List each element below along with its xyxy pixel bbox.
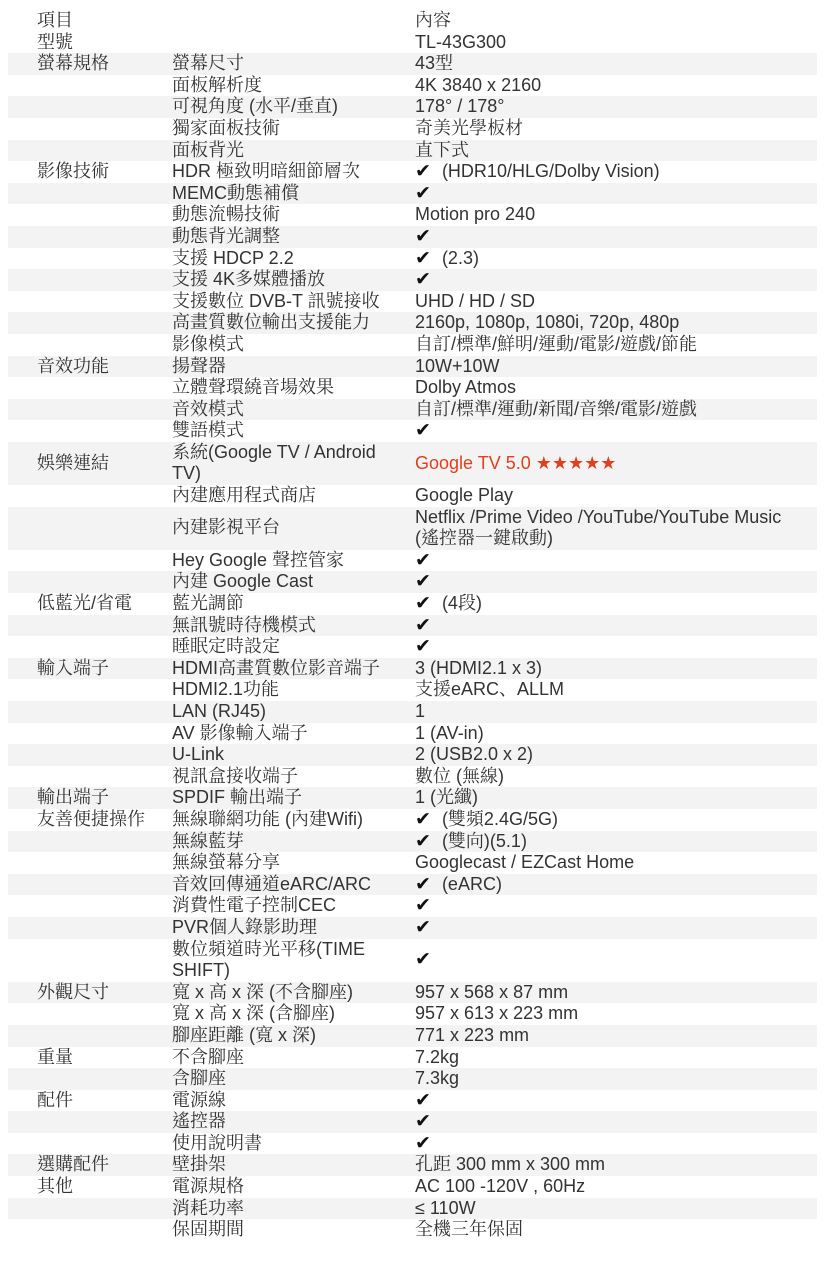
category-cell <box>8 507 172 550</box>
feature-cell: 寬 x 高 x 深 (不含腳座) <box>172 982 415 1004</box>
value-text: (eARC) <box>442 874 502 894</box>
category-cell: 低藍光/省電 <box>8 593 172 615</box>
table-row: 消費性電子控制CEC ✔ <box>8 895 817 917</box>
category-cell <box>8 831 172 853</box>
feature-cell: 系統(Google TV / Android TV) <box>172 442 415 485</box>
table-row: 無線螢幕分享 Googlecast / EZCast Home <box>8 852 817 874</box>
value-cell: ✔ <box>415 571 817 593</box>
value-cell: 43型 <box>415 53 817 75</box>
feature-cell: 消耗功率 <box>172 1198 415 1220</box>
feature-cell: 壁掛架 <box>172 1154 415 1176</box>
value-cell: 957 x 613 x 223 mm <box>415 1003 817 1025</box>
value-cell: 10W+10W <box>415 356 817 378</box>
value-cell: 957 x 568 x 87 mm <box>415 982 817 1004</box>
category-cell <box>8 701 172 723</box>
feature-cell: U-Link <box>172 744 415 766</box>
check-icon: ✔ <box>415 1133 431 1154</box>
category-cell <box>8 269 172 291</box>
category-cell: 輸出端子 <box>8 787 172 809</box>
value-cell: 7.3kg <box>415 1068 817 1090</box>
table-row: 睡眠定時設定 ✔ <box>8 636 817 658</box>
value-cell: UHD / HD / SD <box>415 291 817 313</box>
category-cell <box>8 550 172 572</box>
header-item-label: 項目 <box>8 10 172 32</box>
table-row: 重量 不含腳座 7.2kg <box>8 1047 817 1069</box>
feature-cell: 內建應用程式商店 <box>172 485 415 507</box>
category-cell <box>8 248 172 270</box>
table-row: 友善便捷操作 無線聯網功能 (內建Wifi) ✔ (雙頻2.4G/5G) <box>8 809 817 831</box>
value-text: UHD / HD / SD <box>415 291 535 311</box>
category-cell: 其他 <box>8 1176 172 1198</box>
table-row: 內建應用程式商店 Google Play <box>8 485 817 507</box>
value-cell: 7.2kg <box>415 1047 817 1069</box>
table-row: 遙控器 ✔ <box>8 1111 817 1133</box>
category-cell: 外觀尺寸 <box>8 982 172 1004</box>
table-row: 無線藍芽 ✔ (雙向)(5.1) <box>8 831 817 853</box>
check-icon: ✔ <box>415 917 431 938</box>
value-text: 奇美光學板材 <box>415 118 523 138</box>
table-row: 保固期間 全機三年保固 <box>8 1219 817 1241</box>
feature-cell <box>172 32 415 54</box>
value-cell: Google Play <box>415 485 817 507</box>
value-cell: 直下式 <box>415 140 817 162</box>
table-row: Hey Google 聲控管家 ✔ <box>8 550 817 572</box>
check-icon: ✔ <box>415 248 431 269</box>
value-text: (雙向)(5.1) <box>442 831 527 851</box>
value-cell: ✔ (HDR10/HLG/Dolby Vision) <box>415 161 817 183</box>
table-row: 消耗功率 ≤ 110W <box>8 1198 817 1220</box>
category-cell <box>8 636 172 658</box>
feature-cell: 支援 4K多媒體播放 <box>172 269 415 291</box>
feature-cell: HDMI高畫質數位影音端子 <box>172 658 415 680</box>
feature-cell: AV 影像輸入端子 <box>172 723 415 745</box>
table-row: 腳座距離 (寬 x 深) 771 x 223 mm <box>8 1025 817 1047</box>
value-cell: 奇美光學板材 <box>415 118 817 140</box>
feature-cell: 音效模式 <box>172 399 415 421</box>
table-row: U-Link 2 (USB2.0 x 2) <box>8 744 817 766</box>
feature-cell: 獨家面板技術 <box>172 118 415 140</box>
value-text: Google Play <box>415 485 513 505</box>
value-text: TL-43G300 <box>415 32 506 52</box>
table-row: 支援 4K多媒體播放 ✔ <box>8 269 817 291</box>
table-row: 可視角度 (水平/垂直) 178° / 178° <box>8 96 817 118</box>
table-row: 面板解析度 4K 3840 x 2160 <box>8 75 817 97</box>
category-cell: 配件 <box>8 1090 172 1112</box>
table-row: 動態背光調整 ✔ <box>8 226 817 248</box>
value-text: 1 <box>415 701 425 721</box>
table-row: HDMI2.1功能 支援eARC、ALLM <box>8 679 817 701</box>
table-row: 支援 HDCP 2.2 ✔ (2.3) <box>8 248 817 270</box>
check-icon: ✔ <box>415 571 431 592</box>
value-cell: 2 (USB2.0 x 2) <box>415 744 817 766</box>
feature-cell: HDR 極致明暗細節層次 <box>172 161 415 183</box>
feature-cell: 影像模式 <box>172 334 415 356</box>
value-cell: 孔距 300 mm x 300 mm <box>415 1154 817 1176</box>
category-cell <box>8 939 172 982</box>
category-cell: 選購配件 <box>8 1154 172 1176</box>
category-cell <box>8 1133 172 1155</box>
table-row: 低藍光/省電 藍光調節 ✔ (4段) <box>8 593 817 615</box>
feature-cell: HDMI2.1功能 <box>172 679 415 701</box>
value-text: 7.2kg <box>415 1047 459 1067</box>
value-cell: ✔ <box>415 917 817 939</box>
category-cell <box>8 571 172 593</box>
value-cell: ✔ <box>415 615 817 637</box>
category-cell <box>8 118 172 140</box>
table-row: 內建影視平台 Netflix /Prime Video /YouTube/You… <box>8 507 817 550</box>
value-cell: 1 (AV-in) <box>415 723 817 745</box>
table-row: 寬 x 高 x 深 (含腳座) 957 x 613 x 223 mm <box>8 1003 817 1025</box>
table-row: 輸出端子 SPDIF 輸出端子 1 (光纖) <box>8 787 817 809</box>
category-cell <box>8 399 172 421</box>
feature-cell: 視訊盒接收端子 <box>172 766 415 788</box>
table-row: LAN (RJ45) 1 <box>8 701 817 723</box>
header-sub-spacer <box>172 10 415 32</box>
category-cell: 重量 <box>8 1047 172 1069</box>
value-cell: 支援eARC、ALLM <box>415 679 817 701</box>
header-row: 項目 內容 <box>8 10 817 32</box>
category-cell <box>8 183 172 205</box>
feature-cell: 動態背光調整 <box>172 226 415 248</box>
value-text: 2 (USB2.0 x 2) <box>415 744 533 764</box>
value-cell: ✔ <box>415 636 817 658</box>
value-cell: 771 x 223 mm <box>415 1025 817 1047</box>
header-content-label: 內容 <box>415 10 817 32</box>
category-cell <box>8 1111 172 1133</box>
feature-cell: 雙語模式 <box>172 420 415 442</box>
category-cell <box>8 917 172 939</box>
category-cell: 音效功能 <box>8 356 172 378</box>
feature-cell: 使用說明書 <box>172 1133 415 1155</box>
feature-cell: 電源規格 <box>172 1176 415 1198</box>
table-row: 獨家面板技術 奇美光學板材 <box>8 118 817 140</box>
value-text: 43型 <box>415 53 453 73</box>
value-text: 4K 3840 x 2160 <box>415 75 541 95</box>
table-row: 面板背光 直下式 <box>8 140 817 162</box>
feature-cell: 無線聯網功能 (內建Wifi) <box>172 809 415 831</box>
feature-cell: 無線藍芽 <box>172 831 415 853</box>
check-icon: ✔ <box>415 226 431 247</box>
check-icon: ✔ <box>415 615 431 636</box>
category-cell <box>8 1219 172 1241</box>
value-text: 1 (AV-in) <box>415 723 484 743</box>
table-row: 雙語模式 ✔ <box>8 420 817 442</box>
table-row: 音效功能 揚聲器 10W+10W <box>8 356 817 378</box>
check-icon: ✔ <box>415 183 431 204</box>
value-text: (HDR10/HLG/Dolby Vision) <box>442 161 660 181</box>
check-icon: ✔ <box>415 593 431 614</box>
value-text: Googlecast / EZCast Home <box>415 852 634 872</box>
category-cell <box>8 744 172 766</box>
value-cell: AC 100 -120V , 60Hz <box>415 1176 817 1198</box>
value-text: Google TV 5.0 ★★★★★ <box>415 453 616 473</box>
feature-cell: 內建影視平台 <box>172 507 415 550</box>
value-cell: ✔ <box>415 1090 817 1112</box>
value-cell: TL-43G300 <box>415 32 817 54</box>
category-cell <box>8 874 172 896</box>
check-icon: ✔ <box>415 636 431 657</box>
value-text: 自訂/標準/運動/新聞/音樂/電影/遊戲 <box>415 399 697 419</box>
value-text: Dolby Atmos <box>415 377 516 397</box>
category-cell <box>8 334 172 356</box>
spec-rows: 型號 TL-43G300 螢幕規格 螢幕尺寸 43型 面板解析度 4K 3840… <box>8 32 817 1241</box>
feature-cell: 含腳座 <box>172 1068 415 1090</box>
category-cell: 娛樂連結 <box>8 442 172 485</box>
check-icon: ✔ <box>415 1090 431 1111</box>
category-cell <box>8 140 172 162</box>
table-row: 選購配件 壁掛架 孔距 300 mm x 300 mm <box>8 1154 817 1176</box>
value-cell: 3 (HDMI2.1 x 3) <box>415 658 817 680</box>
category-cell <box>8 204 172 226</box>
value-cell: ✔ (eARC) <box>415 874 817 896</box>
table-row: 影像模式 自訂/標準/鮮明/運動/電影/遊戲/節能 <box>8 334 817 356</box>
value-text: 7.3kg <box>415 1068 459 1088</box>
value-text: 自訂/標準/鮮明/運動/電影/遊戲/節能 <box>415 334 697 354</box>
value-text: 2160p, 1080p, 1080i, 720p, 480p <box>415 312 679 332</box>
value-text: (雙頻2.4G/5G) <box>442 809 558 829</box>
category-cell <box>8 291 172 313</box>
value-cell: ✔ <box>415 269 817 291</box>
value-cell: ✔ (雙頻2.4G/5G) <box>415 809 817 831</box>
feature-cell: PVR個人錄影助理 <box>172 917 415 939</box>
feature-cell: SPDIF 輸出端子 <box>172 787 415 809</box>
feature-cell: 音效回傳通道eARC/ARC <box>172 874 415 896</box>
value-cell: ✔ <box>415 1111 817 1133</box>
value-text: 957 x 568 x 87 mm <box>415 982 568 1002</box>
category-cell <box>8 312 172 334</box>
check-icon: ✔ <box>415 809 431 830</box>
feature-cell: 無訊號時待機模式 <box>172 615 415 637</box>
value-text: (2.3) <box>442 248 479 268</box>
feature-cell: 可視角度 (水平/垂直) <box>172 96 415 118</box>
feature-cell: 保固期間 <box>172 1219 415 1241</box>
value-cell: ✔ (雙向)(5.1) <box>415 831 817 853</box>
spec-table: 項目 內容 型號 TL-43G300 螢幕規格 螢幕尺寸 43型 面板解析度 4… <box>8 10 817 1241</box>
check-icon: ✔ <box>415 895 431 916</box>
table-row: 輸入端子 HDMI高畫質數位影音端子 3 (HDMI2.1 x 3) <box>8 658 817 680</box>
feature-cell: 遙控器 <box>172 1111 415 1133</box>
value-cell: ✔ (2.3) <box>415 248 817 270</box>
feature-cell: 寬 x 高 x 深 (含腳座) <box>172 1003 415 1025</box>
category-cell <box>8 895 172 917</box>
value-cell: ✔ (4段) <box>415 593 817 615</box>
value-text: 1 (光纖) <box>415 787 478 807</box>
feature-cell: 電源線 <box>172 1090 415 1112</box>
value-text: 直下式 <box>415 140 469 160</box>
value-text: (4段) <box>442 593 482 613</box>
category-cell: 型號 <box>8 32 172 54</box>
category-cell <box>8 485 172 507</box>
category-cell <box>8 766 172 788</box>
value-cell: ✔ <box>415 226 817 248</box>
category-cell <box>8 723 172 745</box>
check-icon: ✔ <box>415 1111 431 1132</box>
feature-cell: 睡眠定時設定 <box>172 636 415 658</box>
table-row: 高畫質數位輸出支援能力 2160p, 1080p, 1080i, 720p, 4… <box>8 312 817 334</box>
value-cell: 全機三年保固 <box>415 1219 817 1241</box>
category-cell: 影像技術 <box>8 161 172 183</box>
value-text: 孔距 300 mm x 300 mm <box>415 1154 605 1174</box>
table-row: 支援數位 DVB-T 訊號接收 UHD / HD / SD <box>8 291 817 313</box>
category-cell: 輸入端子 <box>8 658 172 680</box>
feature-cell: 立體聲環繞音場效果 <box>172 377 415 399</box>
value-text: 支援eARC、ALLM <box>415 679 564 699</box>
feature-cell: MEMC動態補償 <box>172 183 415 205</box>
table-row: 使用說明書 ✔ <box>8 1133 817 1155</box>
table-row: 影像技術 HDR 極致明暗細節層次 ✔ (HDR10/HLG/Dolby Vis… <box>8 161 817 183</box>
table-row: PVR個人錄影助理 ✔ <box>8 917 817 939</box>
category-cell: 友善便捷操作 <box>8 809 172 831</box>
value-cell: 自訂/標準/鮮明/運動/電影/遊戲/節能 <box>415 334 817 356</box>
value-cell: Dolby Atmos <box>415 377 817 399</box>
value-cell: 自訂/標準/運動/新聞/音樂/電影/遊戲 <box>415 399 817 421</box>
value-cell: 1 (光纖) <box>415 787 817 809</box>
value-cell: 數位 (無線) <box>415 766 817 788</box>
value-cell: ✔ <box>415 1133 817 1155</box>
check-icon: ✔ <box>415 161 431 182</box>
feature-cell: 無線螢幕分享 <box>172 852 415 874</box>
category-cell <box>8 852 172 874</box>
feature-cell: 不含腳座 <box>172 1047 415 1069</box>
feature-cell: 內建 Google Cast <box>172 571 415 593</box>
value-cell: 2160p, 1080p, 1080i, 720p, 480p <box>415 312 817 334</box>
table-row: 音效回傳通道eARC/ARC ✔ (eARC) <box>8 874 817 896</box>
feature-cell: 支援數位 DVB-T 訊號接收 <box>172 291 415 313</box>
value-text: 3 (HDMI2.1 x 3) <box>415 658 542 678</box>
feature-cell: 腳座距離 (寬 x 深) <box>172 1025 415 1047</box>
feature-cell: 揚聲器 <box>172 356 415 378</box>
value-cell: ≤ 110W <box>415 1198 817 1220</box>
category-cell <box>8 1068 172 1090</box>
category-cell <box>8 1198 172 1220</box>
table-row: 音效模式 自訂/標準/運動/新聞/音樂/電影/遊戲 <box>8 399 817 421</box>
value-text: Motion pro 240 <box>415 204 535 224</box>
value-cell: ✔ <box>415 183 817 205</box>
value-cell: 1 <box>415 701 817 723</box>
table-row: 娛樂連結 系統(Google TV / Android TV) Google T… <box>8 442 817 485</box>
value-cell: ✔ <box>415 895 817 917</box>
value-cell: ✔ <box>415 939 817 982</box>
check-icon: ✔ <box>415 269 431 290</box>
table-row: 內建 Google Cast ✔ <box>8 571 817 593</box>
feature-cell: 數位頻道時光平移(TIME SHIFT) <box>172 939 415 982</box>
table-row: 立體聲環繞音場效果 Dolby Atmos <box>8 377 817 399</box>
value-cell: 178° / 178° <box>415 96 817 118</box>
table-row: 型號 TL-43G300 <box>8 32 817 54</box>
feature-cell: 面板背光 <box>172 140 415 162</box>
category-cell <box>8 1003 172 1025</box>
table-row: 無訊號時待機模式 ✔ <box>8 615 817 637</box>
table-row: 含腳座 7.3kg <box>8 1068 817 1090</box>
value-text: 全機三年保固 <box>415 1219 523 1239</box>
value-cell: Motion pro 240 <box>415 204 817 226</box>
category-cell <box>8 96 172 118</box>
value-cell: Netflix /Prime Video /YouTube/YouTube Mu… <box>415 507 817 550</box>
feature-cell: 螢幕尺寸 <box>172 53 415 75</box>
value-text: AC 100 -120V , 60Hz <box>415 1176 585 1196</box>
feature-cell: 支援 HDCP 2.2 <box>172 248 415 270</box>
category-cell <box>8 1025 172 1047</box>
check-icon: ✔ <box>415 874 431 895</box>
category-cell <box>8 75 172 97</box>
value-text: 數位 (無線) <box>415 766 504 786</box>
check-icon: ✔ <box>415 949 431 970</box>
value-text: ≤ 110W <box>415 1198 476 1218</box>
value-text: 957 x 613 x 223 mm <box>415 1003 578 1023</box>
value-text: 771 x 223 mm <box>415 1025 529 1045</box>
table-row: MEMC動態補償 ✔ <box>8 183 817 205</box>
category-cell <box>8 420 172 442</box>
table-row: 外觀尺寸 寬 x 高 x 深 (不含腳座) 957 x 568 x 87 mm <box>8 982 817 1004</box>
spec-page: { "colors": { "accent": "#e2401c", "stri… <box>0 10 831 1270</box>
check-icon: ✔ <box>415 550 431 571</box>
value-cell: Google TV 5.0 ★★★★★ <box>415 442 817 485</box>
feature-cell: 消費性電子控制CEC <box>172 895 415 917</box>
feature-cell: 高畫質數位輸出支援能力 <box>172 312 415 334</box>
value-cell: ✔ <box>415 550 817 572</box>
feature-cell: 動態流暢技術 <box>172 204 415 226</box>
category-cell <box>8 615 172 637</box>
category-cell <box>8 377 172 399</box>
check-icon: ✔ <box>415 831 431 852</box>
value-cell: ✔ <box>415 420 817 442</box>
table-row: 螢幕規格 螢幕尺寸 43型 <box>8 53 817 75</box>
feature-cell: 藍光調節 <box>172 593 415 615</box>
value-text: 10W+10W <box>415 356 500 376</box>
feature-cell: Hey Google 聲控管家 <box>172 550 415 572</box>
value-cell: 4K 3840 x 2160 <box>415 75 817 97</box>
table-row: 動態流暢技術 Motion pro 240 <box>8 204 817 226</box>
category-cell <box>8 226 172 248</box>
table-row: 數位頻道時光平移(TIME SHIFT) ✔ <box>8 939 817 982</box>
category-cell <box>8 679 172 701</box>
table-row: 其他 電源規格 AC 100 -120V , 60Hz <box>8 1176 817 1198</box>
table-row: 視訊盒接收端子 數位 (無線) <box>8 766 817 788</box>
check-icon: ✔ <box>415 420 431 441</box>
table-row: 配件 電源線 ✔ <box>8 1090 817 1112</box>
value-cell: Googlecast / EZCast Home <box>415 852 817 874</box>
feature-cell: LAN (RJ45) <box>172 701 415 723</box>
value-text: 178° / 178° <box>415 96 504 116</box>
table-row: AV 影像輸入端子 1 (AV-in) <box>8 723 817 745</box>
feature-cell: 面板解析度 <box>172 75 415 97</box>
value-text: Netflix /Prime Video /YouTube/YouTube Mu… <box>415 507 781 549</box>
category-cell: 螢幕規格 <box>8 53 172 75</box>
